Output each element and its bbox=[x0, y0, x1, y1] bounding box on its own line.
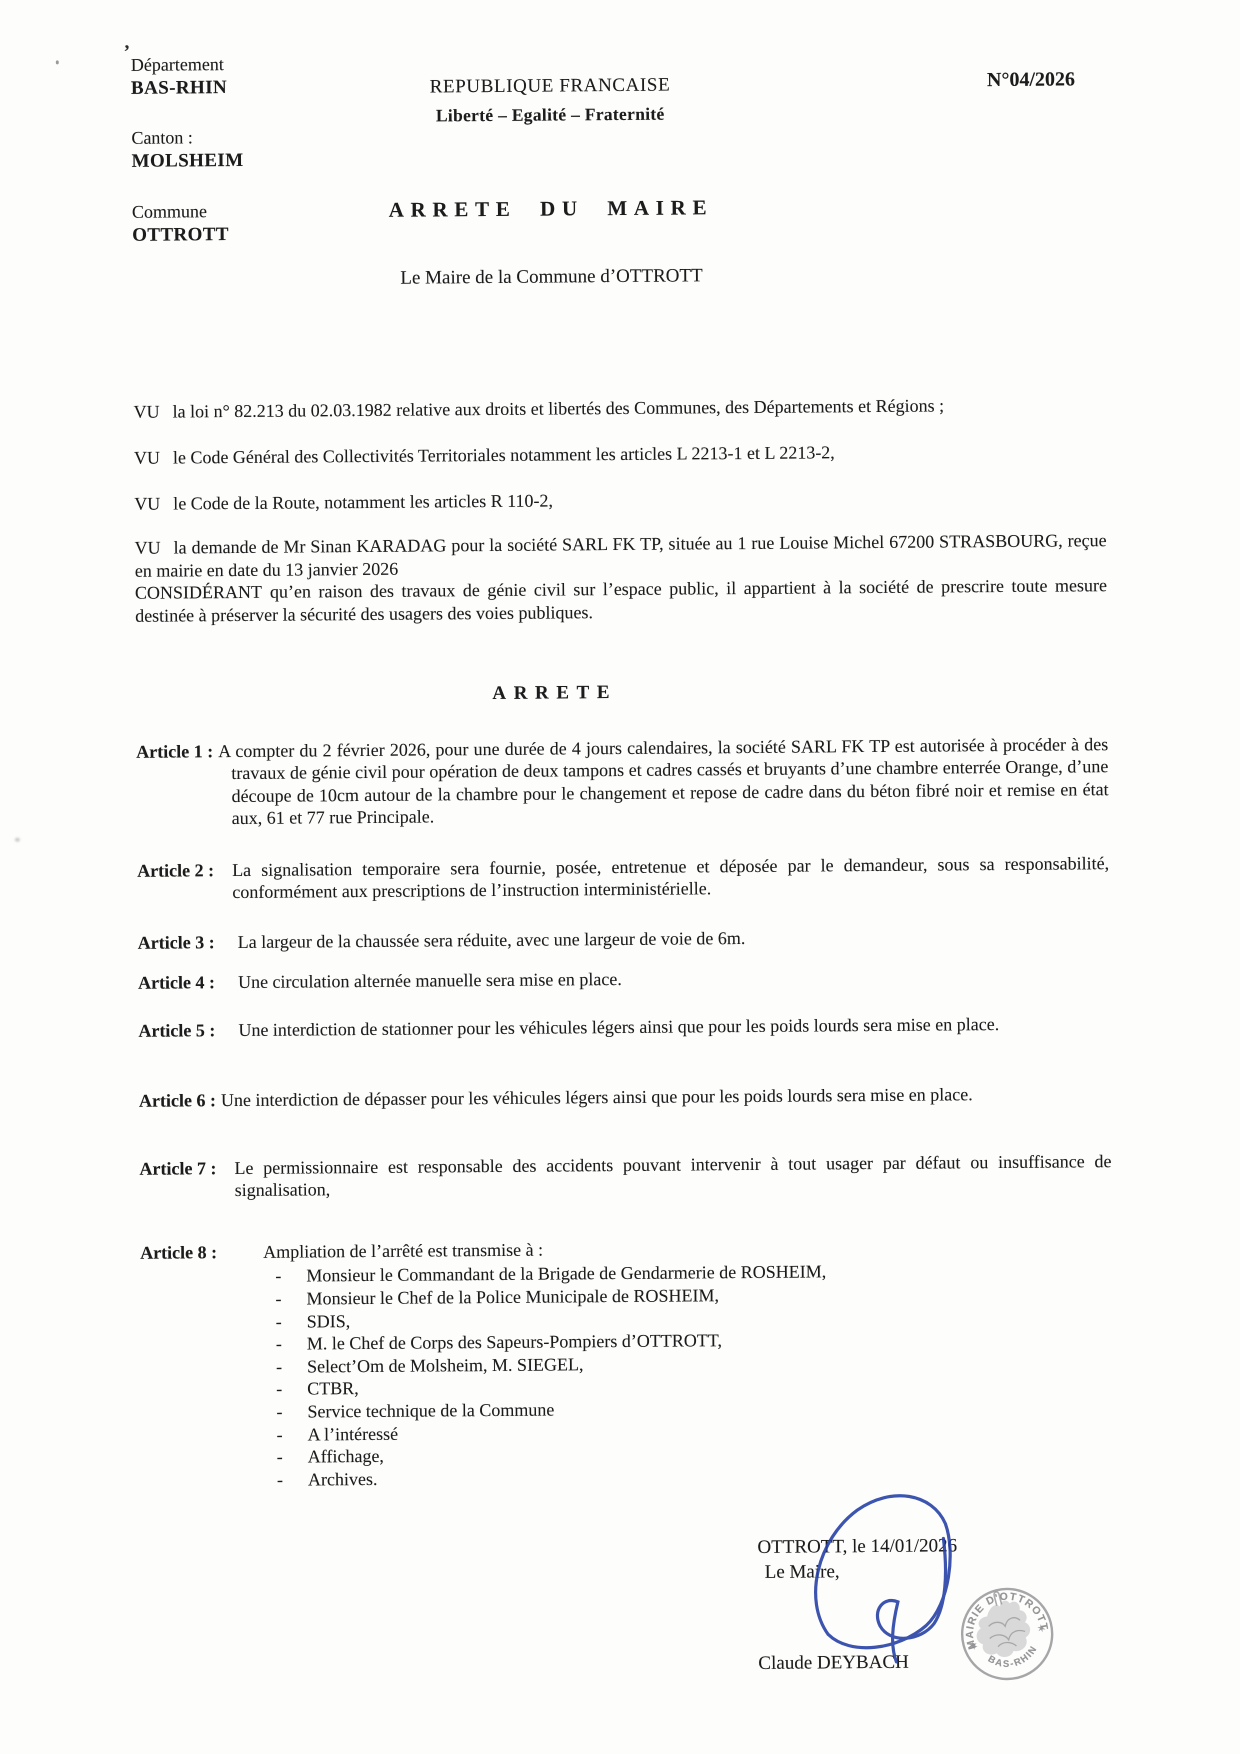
article-3-label: Article 3 : bbox=[138, 931, 215, 954]
article-3: Article 3 : La largeur de la chaussée se… bbox=[138, 924, 1110, 954]
article-5: Article 5 : Une interdiction de stationn… bbox=[138, 1012, 1110, 1042]
article-4: Article 4 : Une circulation alternée man… bbox=[138, 964, 1110, 994]
recital-prefix: VU bbox=[134, 494, 160, 514]
department-label: Département bbox=[131, 53, 243, 77]
recital-prefix: VU bbox=[135, 538, 161, 558]
recital-prefix: VU bbox=[134, 448, 160, 468]
article-7-text: Le permissionnaire est responsable des a… bbox=[234, 1150, 1111, 1202]
article-4-text: Une circulation alternée manuelle sera m… bbox=[238, 964, 1110, 993]
article-1-text: A compter du 2 février 2026, pour une du… bbox=[231, 733, 1109, 830]
article-5-text: Une interdiction de stationner pour les … bbox=[238, 1012, 1110, 1041]
recital-text: la demande de Mr Sinan KARADAG pour la s… bbox=[135, 530, 1107, 581]
article-5-label: Article 5 : bbox=[138, 1019, 215, 1042]
scan-artifact-mark: ’ bbox=[124, 42, 131, 64]
recital-text: le Code Général des Collectivités Territ… bbox=[173, 442, 835, 467]
article-2-label: Article 2 : bbox=[137, 859, 214, 882]
article-8-body: Ampliation de l’arrêté est transmise à :… bbox=[263, 1234, 1114, 1491]
section-heading-arrete: ARRETE bbox=[0, 678, 1111, 709]
recital-prefix: CONSIDÉRANT bbox=[135, 582, 262, 603]
article-6-label: Article 6 : bbox=[139, 1089, 216, 1112]
handwritten-signature-ink bbox=[797, 1493, 978, 1674]
header-center: REPUBLIQUE FRANCAISE Liberté – Egalité –… bbox=[0, 71, 1106, 130]
scan-artifact-dot bbox=[56, 60, 59, 64]
article-7-label: Article 7 : bbox=[139, 1157, 216, 1180]
article-7: Article 7 : Le permissionnaire est respo… bbox=[139, 1150, 1111, 1202]
canton-value: MOLSHEIM bbox=[131, 149, 243, 173]
document-page: ’ Département BAS-RHIN Canton : MOLSHEIM… bbox=[0, 0, 1240, 1754]
article-8-label: Article 8 : bbox=[140, 1241, 217, 1264]
article-1: Article 1 : A compter du 2 février 2026,… bbox=[136, 733, 1109, 830]
recital-vu-1: VUla loi n° 82.213 du 02.03.1982 relativ… bbox=[133, 393, 1105, 424]
article-2-text: La signalisation temporaire sera fournie… bbox=[232, 852, 1109, 904]
article-4-label: Article 4 : bbox=[138, 971, 215, 994]
decree-number: N°04/2026 bbox=[987, 68, 1075, 92]
recital-vu-2: VUle Code Général des Collectivités Terr… bbox=[134, 439, 1106, 470]
republic-motto: Liberté – Egalité – Fraternité bbox=[0, 100, 1106, 130]
scan-artifact-smudge bbox=[15, 838, 20, 842]
article-8-recipient-list: Monsieur le Commandant de la Brigade de … bbox=[263, 1259, 1114, 1492]
article-8: Article 8 : Ampliation de l’arrêté est t… bbox=[140, 1234, 1114, 1492]
recital-considerant: CONSIDÉRANTqu’en raison des travaux de g… bbox=[135, 574, 1107, 628]
article-3-text: La largeur de la chaussée sera réduite, … bbox=[238, 924, 1110, 953]
recital-text: qu’en raison des travaux de génie civil … bbox=[135, 575, 1107, 626]
commune-value: OTTROTT bbox=[132, 223, 244, 247]
canton-label: Canton : bbox=[131, 126, 243, 150]
article-1-label: Article 1 : bbox=[136, 740, 213, 763]
article-6-text: Une interdiction de dépasser pour les vé… bbox=[234, 1082, 1111, 1111]
article-6: Article 6 : Une interdiction de dépasser… bbox=[139, 1082, 1111, 1112]
recital-text: le Code de la Route, notamment les artic… bbox=[173, 491, 553, 514]
scanned-content: ’ Département BAS-RHIN Canton : MOLSHEIM… bbox=[0, 0, 1240, 1754]
article-2: Article 2 : La signalisation temporaire … bbox=[137, 852, 1109, 904]
recital-text: la loi n° 82.213 du 02.03.1982 relative … bbox=[172, 395, 944, 421]
recital-prefix: VU bbox=[133, 402, 159, 422]
recital-vu-3: VUle Code de la Route, notamment les art… bbox=[134, 485, 1106, 516]
canton-block: Canton : MOLSHEIM bbox=[131, 126, 243, 173]
